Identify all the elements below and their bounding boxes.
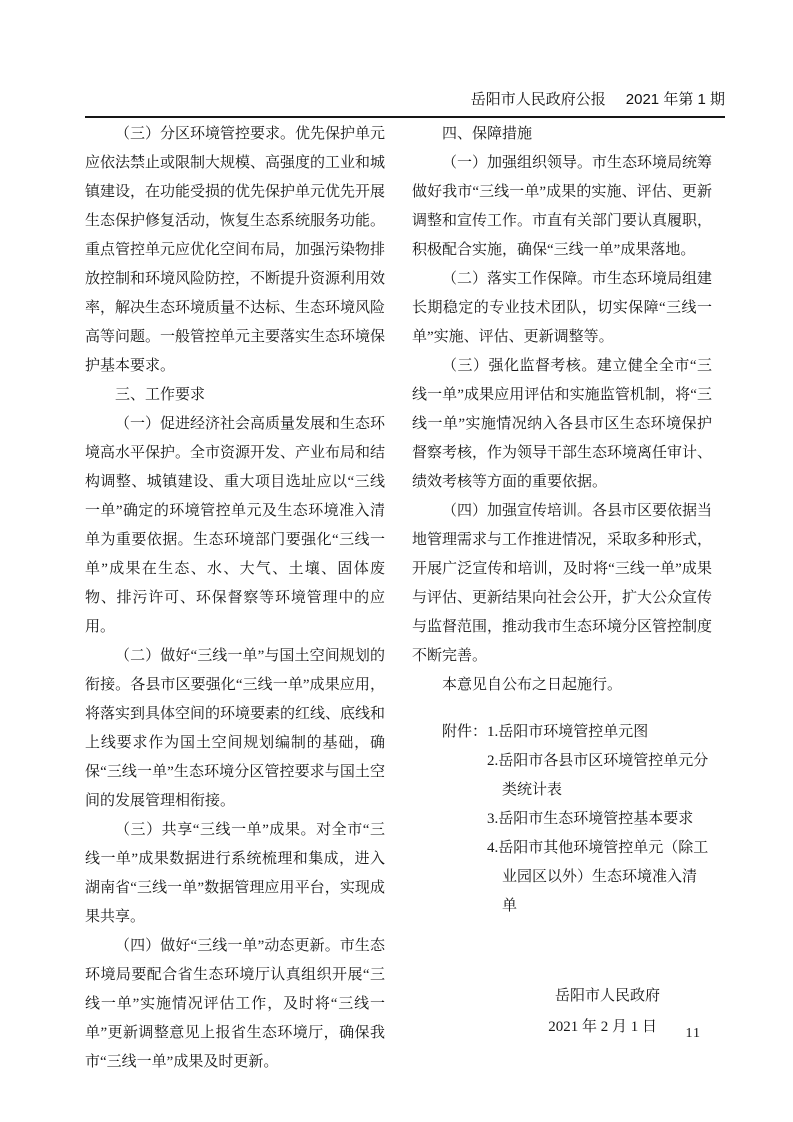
- closing-statement: 本意见自公布之日起施行。: [412, 671, 712, 700]
- header-title: 岳阳市人民政府公报: [471, 91, 606, 108]
- paragraph: （四）加强宣传培训。各县市区要依据当地管理需求与工作推进情况，采取多种形式，开展…: [412, 497, 712, 671]
- paragraph: （二）落实工作保障。市生态环境局组建长期稳定的专业技术团队，切实保障“三线一单”…: [412, 265, 712, 352]
- right-column: 四、保障措施 （一）加强组织领导。市生态环境局统筹做好我市“三线一单”成果的实施…: [412, 120, 712, 1077]
- attachment-item: 2.岳阳市各县市区环境管控单元分类统计表: [487, 747, 712, 805]
- paragraph: （二）做好“三线一单”与国土空间规划的衔接。各县市区要强化“三线一单”成果应用，…: [85, 642, 385, 816]
- two-column-content: （三）分区环境管控要求。优先保护单元应依法禁止或限制大规模、高强度的工业和城镇建…: [85, 120, 712, 1077]
- attachments-list: 1.岳阳市环境管控单元图 2.岳阳市各县市区环境管控单元分类统计表 3.岳阳市生…: [487, 718, 712, 921]
- section-heading: 三、工作要求: [85, 381, 385, 410]
- attachment-item: 3.岳阳市生态环境管控基本要求: [487, 805, 712, 834]
- paragraph: （三）共享“三线一单”成果。对全市“三线一单”成果数据进行系统梳理和集成，进入湖…: [85, 816, 385, 932]
- paragraph: （一）加强组织领导。市生态环境局统筹做好我市“三线一单”成果的实施、评估、更新调…: [412, 149, 712, 265]
- attachments-label: 附件：: [442, 718, 487, 747]
- attachment-item: 4.岳阳市其他环境管控单元（除工业园区以外）生态环境准入清单: [487, 834, 712, 921]
- left-column: （三）分区环境管控要求。优先保护单元应依法禁止或限制大规模、高强度的工业和城镇建…: [85, 120, 385, 1077]
- header-divider: [85, 116, 725, 118]
- signature-issuer: 岳阳市人民政府: [412, 981, 712, 1012]
- attachment-item: 1.岳阳市环境管控单元图: [487, 718, 712, 747]
- paragraph: （四）做好“三线一单”动态更新。市生态环境局要配合省生态环境厅认真组织开展“三线…: [85, 932, 385, 1077]
- page-header: 岳阳市人民政府公报2021 年第 1 期: [85, 90, 725, 110]
- signature-block: 岳阳市人民政府 2021 年 2 月 1 日: [412, 981, 712, 1043]
- attachments-block: 附件： 1.岳阳市环境管控单元图 2.岳阳市各县市区环境管控单元分类统计表 3.…: [442, 718, 712, 921]
- paragraph: （三）分区环境管控要求。优先保护单元应依法禁止或限制大规模、高强度的工业和城镇建…: [85, 120, 385, 381]
- gazette-page: 岳阳市人民政府公报2021 年第 1 期 （三）分区环境管控要求。优先保护单元应…: [0, 0, 793, 1122]
- section-heading: 四、保障措施: [412, 120, 712, 149]
- paragraph: （一）促进经济社会高质量发展和生态环境高水平保护。全市资源开发、产业布局和结构调…: [85, 410, 385, 642]
- signature-date: 2021 年 2 月 1 日: [412, 1012, 712, 1043]
- paragraph: （三）强化监督考核。建立健全全市“三线一单”成果应用评估和实施监管机制，将“三线…: [412, 352, 712, 497]
- page-number: 11: [686, 1026, 701, 1042]
- header-issue: 2021 年第 1 期: [626, 91, 725, 108]
